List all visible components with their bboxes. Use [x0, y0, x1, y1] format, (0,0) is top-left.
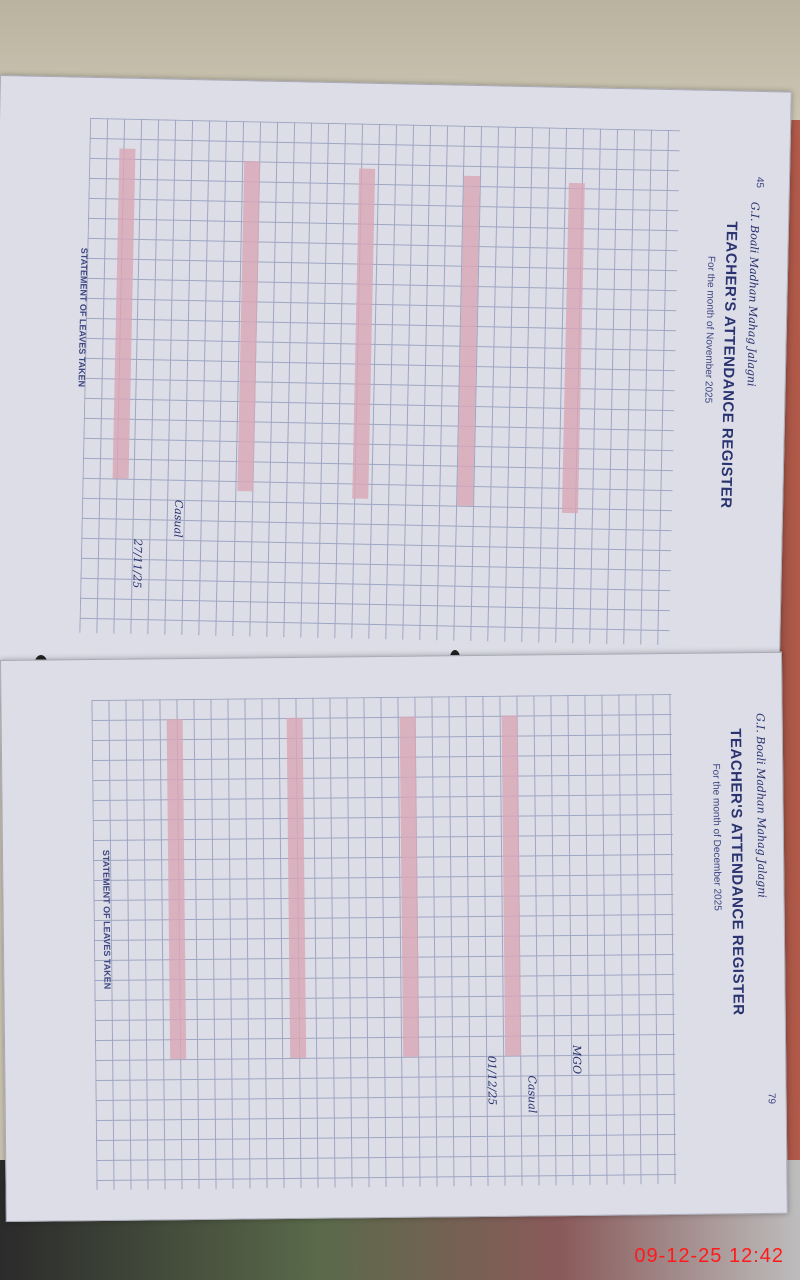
page-number: 79: [766, 1093, 777, 1104]
register-title: TEACHER'S ATTENDANCE REGISTER: [727, 728, 747, 1015]
handwritten-date: 27/11/25: [130, 539, 144, 589]
register-page-december: TEACHER'S ATTENDANCE REGISTER For the mo…: [0, 652, 788, 1222]
month-line: For the month of December 2025: [710, 763, 723, 910]
register-title: TEACHER'S ATTENDANCE REGISTER: [717, 221, 740, 509]
statement-title: STATEMENT OF LEAVES TAKEN: [101, 850, 112, 989]
attendance-grid: [79, 118, 680, 645]
school-header: G.I. Boali Madhan Mahag Jalagni: [754, 713, 769, 898]
handwritten-note: Casual: [525, 1075, 538, 1113]
school-header: G.I. Boali Madhan Mahag Jalagni: [745, 202, 762, 387]
register-page-november: TEACHER'S ATTENDANCE REGISTER For the mo…: [0, 75, 792, 678]
page-number: 45: [754, 177, 765, 188]
month-line: For the month of November 2025: [702, 256, 716, 404]
handwritten-date: 01/12/25: [485, 1056, 499, 1106]
photo-timestamp: 09-12-25 12:42: [634, 1245, 784, 1268]
handwritten-note: MGO: [570, 1045, 583, 1074]
handwritten-note: Casual: [171, 500, 185, 538]
